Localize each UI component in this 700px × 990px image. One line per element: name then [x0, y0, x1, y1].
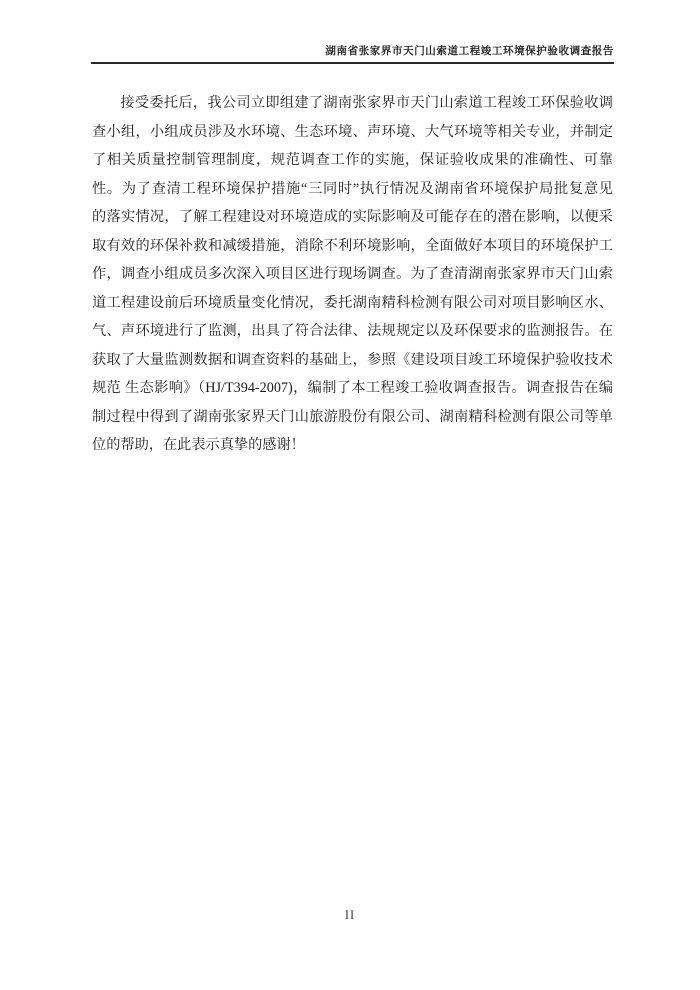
paragraph-line: 取有效的环保补救和减缓措施，消除不利环境影响，全面做好本项目的环境保护工 — [92, 232, 613, 261]
paragraph-line: 道工程建设前后环境质量变化情况，委托湖南精科检测有限公司对项目影响区水、 — [92, 289, 613, 318]
paragraph-line: 性。为了查清工程环境保护措施“三同时”执行情况及湖南省环境保护局批复意见 — [92, 175, 613, 204]
body-paragraph: 接受委托后，我公司立即组建了湖南张家界市天门山索道工程竣工环保验收调查小组，小组… — [92, 89, 613, 460]
paragraph-line: 获取了大量监测数据和调查资料的基础上，参照《建设项目竣工环境保护验收技术 — [92, 346, 613, 375]
paragraph-line: 的落实情况，了解工程建设对环境造成的实际影响及可能存在的潜在影响，以便采 — [92, 203, 613, 232]
paragraph-line: 接受委托后，我公司立即组建了湖南张家界市天门山索道工程竣工环保验收调 — [92, 89, 613, 118]
paragraph-line: 制过程中得到了湖南张家界天门山旅游股份有限公司、湖南精科检测有限公司等单 — [92, 403, 613, 432]
page-number: II — [0, 908, 700, 923]
header-rule — [91, 62, 614, 64]
document-page: 湖南省张家界市天门山索道工程竣工环境保护验收调查报告 接受委托后，我公司立即组建… — [0, 0, 700, 990]
paragraph-line: 位的帮助，在此表示真挚的感谢！ — [92, 431, 613, 460]
paragraph-line: 查小组，小组成员涉及水环境、生态环境、声环境、大气环境等相关专业，并制定 — [92, 118, 613, 147]
paragraph-line: 气、声环境进行了监测，出具了符合法律、法规规定以及环保要求的监测报告。在 — [92, 317, 613, 346]
paragraph-line: 作，调查小组成员多次深入项目区进行现场调查。为了查清湖南张家界市天门山索 — [92, 260, 613, 289]
running-header-title: 湖南省张家界市天门山索道工程竣工环境保护验收调查报告 — [91, 44, 614, 60]
paragraph-line: 了相关质量控制管理制度，规范调查工作的实施，保证验收成果的准确性、可靠 — [92, 146, 613, 175]
paragraph-line: 规范 生态影响》（HJ/T394-2007)，编制了本工程竣工验收调查报告。调查… — [92, 374, 613, 403]
